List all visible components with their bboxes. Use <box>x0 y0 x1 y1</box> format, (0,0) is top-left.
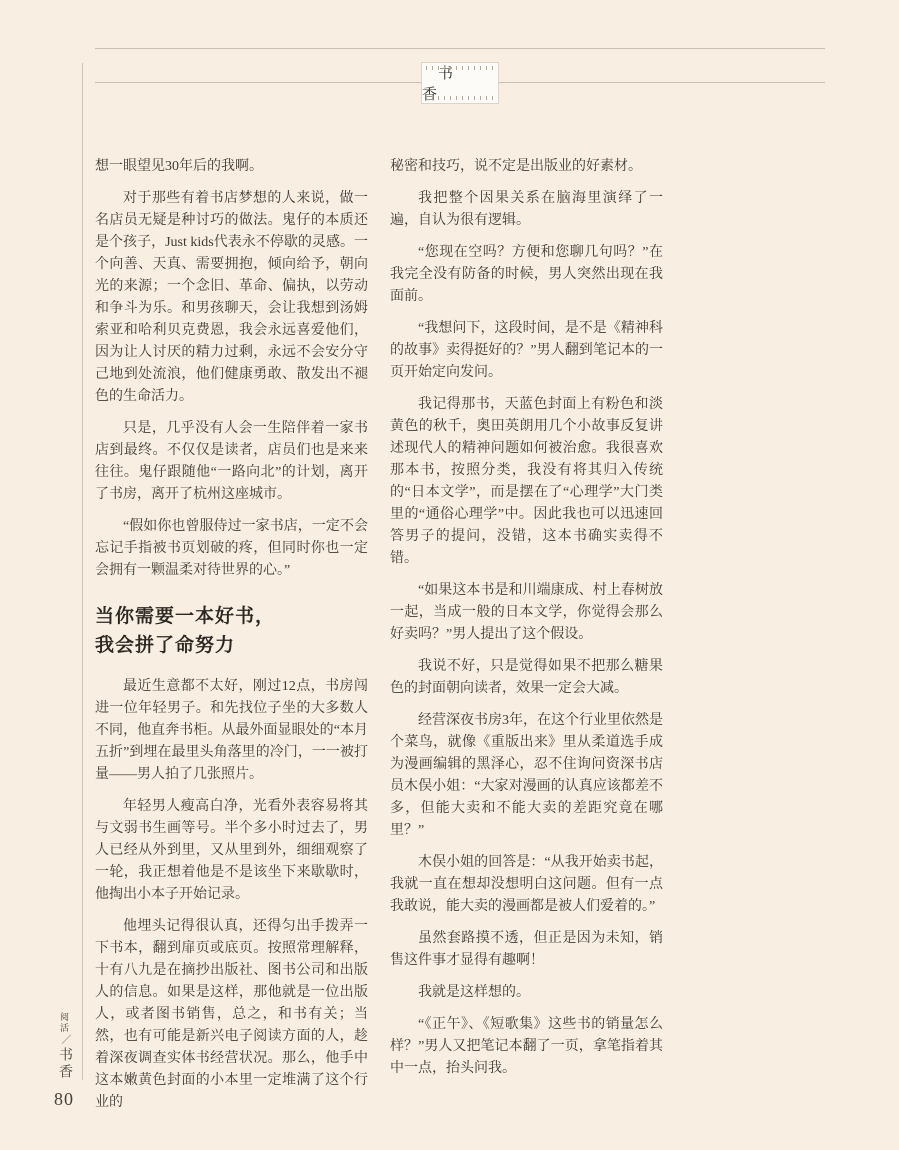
paragraph: 对于那些有着书店梦想的人来说，做一名店员无疑是种讨巧的做法。鬼仔的本质还是个孩子… <box>95 188 368 408</box>
paragraph: 年轻男人瘦高白净，光看外表容易将其与文弱书生画等号。半个多小时过去了，男人已经从… <box>95 796 368 906</box>
paragraph: 我就是这样想的。 <box>390 982 663 1004</box>
paragraph: “《正午》、《短歌集》这些书的销量怎么样？”男人又把笔记本翻了一页，拿笔指着其中… <box>390 1014 663 1080</box>
category-slash-glyph: ／ <box>59 1034 70 1044</box>
left-column-bottom-paragraphs: 最近生意都不太好，刚过12点，书房闯进一位年轻男子。和先找位子坐的大多数人不同，… <box>95 676 368 1114</box>
paragraph: 经营深夜书房3年，在这个行业里依然是个菜鸟，就像《重版出来》里从柔道选手成为漫画… <box>390 710 663 842</box>
section-stamp: 书香 <box>421 62 499 104</box>
paragraph: 我记得那书，天蓝色封面上有粉色和淡黄色的秋千，奥田英朗用几个小故事反复讲述现代人… <box>390 394 663 570</box>
paragraph: 他埋头记得很认真，还得匀出手拨弄一下书本，翻到扉页或底页。按照常理解释，十有八九… <box>95 916 368 1114</box>
paragraph: “您现在空吗？方便和您聊几句吗？”在我完全没有防备的时候，男人突然出现在我面前。 <box>390 242 663 308</box>
section-category-vertical: 阅活／书香 <box>56 1012 72 1081</box>
right-text-column: 秘密和技巧，说不定是出版业的好素材。我把整个因果关系在脑海里演绎了一遍，自认为很… <box>390 156 663 1090</box>
paragraph: “我想问下，这段时间，是不是《精神科的故事》卖得挺好的？”男人翻到笔记本的一页开… <box>390 318 663 384</box>
paragraph: 想一眼望见30年后的我啊。 <box>95 156 368 178</box>
category-main-label: 书香 <box>57 1047 72 1081</box>
page-number: 80 <box>54 1089 74 1110</box>
paragraph: 木俣小姐的回答是：“从我开始卖书起，我就一直在想却没想明白这问题。但有一点我敢说… <box>390 852 663 918</box>
paragraph: 只是，几乎没有人会一生陪伴着一家书店到最终。不仅仅是读者，店员们也是来来往往。鬼… <box>95 418 368 506</box>
paragraph: 最近生意都不太好，刚过12点，书房闯进一位年轻男子。和先找位子坐的大多数人不同，… <box>95 676 368 786</box>
page-margin-sidebar: 阅活／书香 80 <box>44 1012 84 1110</box>
left-column-top-paragraphs: 想一眼望见30年后的我啊。对于那些有着书店梦想的人来说，做一名店员无疑是种讨巧的… <box>95 156 368 582</box>
right-column-paragraphs: 秘密和技巧，说不定是出版业的好素材。我把整个因果关系在脑海里演绎了一遍，自认为很… <box>390 156 663 1080</box>
paragraph: 我把整个因果关系在脑海里演绎了一遍，自认为很有逻辑。 <box>390 188 663 232</box>
section-heading-line1: 当你需要一本好书， <box>95 606 275 627</box>
header-rule-top <box>95 48 825 49</box>
section-stamp-label: 书香 <box>422 62 498 104</box>
left-margin-divider-line <box>82 63 83 1080</box>
paragraph: “如果这本书是和川端康成、村上春树放一起，当成一般的日本文学，你觉得会那么好卖吗… <box>390 580 663 646</box>
section-heading: 当你需要一本好书， 我会拼了命努力 <box>95 602 368 660</box>
left-text-column: 想一眼望见30年后的我啊。对于那些有着书店梦想的人来说，做一名店员无疑是种讨巧的… <box>95 156 368 1124</box>
category-small-label: 阅活 <box>59 1012 69 1034</box>
section-heading-line2: 我会拼了命努力 <box>95 635 235 656</box>
paragraph: 虽然套路摸不透，但正是因为未知，销售这件事才显得有趣啊！ <box>390 928 663 972</box>
paragraph: 我说不好，只是觉得如果不把那么糖果色的封面朝向读者，效果一定会大减。 <box>390 656 663 700</box>
paragraph: 秘密和技巧，说不定是出版业的好素材。 <box>390 156 663 178</box>
paragraph: “假如你也曾服侍过一家书店，一定不会忘记手指被书页划破的疼，但同时你也一定会拥有… <box>95 516 368 582</box>
